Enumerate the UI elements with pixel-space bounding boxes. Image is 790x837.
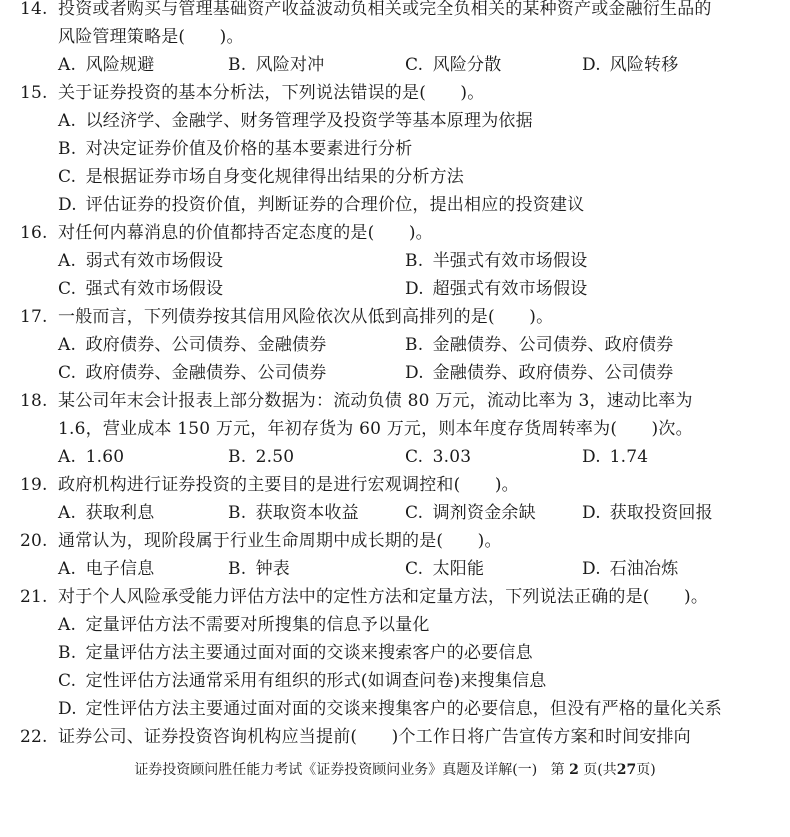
option-label: A. <box>58 499 80 527</box>
option-b-content: B. 对决定证券价值及价格的基本要素进行分析 <box>58 135 412 163</box>
option-text: 半强式有效市场假设 <box>433 251 588 271</box>
option-text: 调剂资金余缺 <box>433 503 536 523</box>
question-text: 政府机构进行证券投资的主要目的是进行宏观调控和( )。 <box>58 471 519 499</box>
option-label: B. <box>58 135 80 163</box>
option-text: 3.03 <box>433 447 472 467</box>
option-text: 石油冶炼 <box>610 559 679 579</box>
option-text: 以经济学、金融学、财务管理学及投资学等基本原理为依据 <box>86 111 533 131</box>
question-text: 对任何内幕消息的价值都持否定态度的是( )。 <box>58 219 433 247</box>
option-text: 获取利息 <box>86 503 155 523</box>
option-c: C. 风险分散 <box>405 51 501 79</box>
option-label: A. <box>58 331 80 359</box>
option-text: 风险对冲 <box>256 55 325 75</box>
option-c: C. 强式有效市场假设 <box>58 275 223 303</box>
option-d-content: D. 评估证券的投资价值，判断证券的合理价位，提出相应的投资建议 <box>58 191 584 219</box>
option-text: 1.74 <box>610 447 649 467</box>
option-label: C. <box>405 443 427 471</box>
option-label: D. <box>58 191 80 219</box>
option-label: B. <box>228 499 250 527</box>
option-label: D. <box>58 695 80 723</box>
option-label: A. <box>58 443 80 471</box>
option-a: A. 电子信息 <box>58 555 154 583</box>
question-number: 21. <box>20 583 48 611</box>
question-text: 通常认为，现阶段属于行业生命周期中成长期的是( )。 <box>58 527 502 555</box>
question-text: 关于证券投资的基本分析法，下列说法错误的是( )。 <box>58 79 484 107</box>
option-text: 定性评估方法主要通过面对面的交谈来搜集客户的必要信息，但没有严格的量化关系 <box>86 699 722 719</box>
page-footer: 证券投资顾问胜任能力考试《证券投资顾问业务》真题及详解(一) 第 2 页(共27… <box>0 760 790 780</box>
option-label: D. <box>405 359 427 387</box>
question-number: 17. <box>20 303 48 331</box>
option-b: B. 钟表 <box>228 555 290 583</box>
question-number: 14. <box>20 0 48 23</box>
option-d-content: D. 定性评估方法主要通过面对面的交谈来搜集客户的必要信息，但没有严格的量化关系 <box>58 695 722 723</box>
option-b: B. 获取资本收益 <box>228 499 359 527</box>
option-text: 强式有效市场假设 <box>86 279 224 299</box>
option-label: D. <box>582 555 604 583</box>
option-c: C. 调剂资金余缺 <box>405 499 536 527</box>
option-a-content: A. 以经济学、金融学、财务管理学及投资学等基本原理为依据 <box>58 107 533 135</box>
option-label: B. <box>228 555 250 583</box>
option-label: C. <box>405 51 427 79</box>
option-label: D. <box>582 499 604 527</box>
option-a: A. 弱式有效市场假设 <box>58 247 223 275</box>
page-prefix: 第 <box>551 762 565 778</box>
option-label: C. <box>58 275 80 303</box>
question-number: 16. <box>20 219 48 247</box>
total-pages: 27 <box>617 762 636 778</box>
option-text: 对决定证券价值及价格的基本要素进行分析 <box>86 139 413 159</box>
option-label: C. <box>405 499 427 527</box>
question-text: 1.6，营业成本 150 万元，年初存货为 60 万元，则本年度存货周转率为( … <box>58 415 693 443</box>
option-label: C. <box>405 555 427 583</box>
option-text: 是根据证券市场自身变化规律得出结果的分析方法 <box>86 167 464 187</box>
option-c: C. 太阳能 <box>405 555 484 583</box>
question-text: 某公司年末会计报表上部分数据为：流动负债 80 万元，流动比率为 3，速动比率为 <box>58 387 693 415</box>
option-a: A. 政府债券、公司债券、金融债券 <box>58 331 326 359</box>
option-d: D. 风险转移 <box>582 51 678 79</box>
option-label: A. <box>58 555 80 583</box>
question-text: 一般而言，下列债券按其信用风险依次从低到高排列的是( )。 <box>58 303 553 331</box>
option-label: B. <box>228 51 250 79</box>
option-label: B. <box>58 639 80 667</box>
option-text: 政府债券、公司债券、金融债券 <box>86 335 327 355</box>
question-number: 18. <box>20 387 48 415</box>
page-suffix: 页) <box>636 762 655 778</box>
option-c-content: C. 定性评估方法通常采用有组织的形式(如调查问卷)来搜集信息 <box>58 667 546 695</box>
option-text: 钟表 <box>256 559 290 579</box>
option-text: 评估证券的投资价值，判断证券的合理价位，提出相应的投资建议 <box>86 195 585 215</box>
option-text: 1.60 <box>86 447 125 467</box>
option-text: 金融债券、政府债券、公司债券 <box>433 363 674 383</box>
option-text: 风险转移 <box>610 55 679 75</box>
option-label: A. <box>58 611 80 639</box>
option-label: B. <box>405 331 427 359</box>
option-label: B. <box>405 247 427 275</box>
option-text: 金融债券、公司债券、政府债券 <box>433 335 674 355</box>
option-a: A. 风险规避 <box>58 51 154 79</box>
option-text: 风险规避 <box>86 55 155 75</box>
option-text: 太阳能 <box>433 559 485 579</box>
question-number: 15. <box>20 79 48 107</box>
option-label: A. <box>58 107 80 135</box>
question-text: 风险管理策略是( )。 <box>58 23 244 51</box>
option-b: B. 金融债券、公司债券、政府债券 <box>405 331 673 359</box>
option-b: B. 2.50 <box>228 443 294 471</box>
option-label: A. <box>58 51 80 79</box>
option-label: D. <box>582 51 604 79</box>
option-label: C. <box>58 359 80 387</box>
option-label: C. <box>58 163 80 191</box>
option-label: B. <box>228 443 250 471</box>
page-mid: 页(共 <box>583 762 616 778</box>
option-c-content: C. 是根据证券市场自身变化规律得出结果的分析方法 <box>58 163 464 191</box>
option-a-content: A. 定量评估方法不需要对所搜集的信息予以量化 <box>58 611 430 639</box>
option-text: 定量评估方法主要通过面对面的交谈来搜索客户的必要信息 <box>86 643 533 663</box>
option-d: D. 1.74 <box>582 443 648 471</box>
option-text: 超强式有效市场假设 <box>433 279 588 299</box>
option-label: D. <box>582 443 604 471</box>
question-number: 19. <box>20 471 48 499</box>
option-label: D. <box>405 275 427 303</box>
option-text: 风险分散 <box>433 55 502 75</box>
option-d: D. 金融债券、政府债券、公司债券 <box>405 359 673 387</box>
option-text: 获取投资回报 <box>610 503 713 523</box>
option-b: B. 风险对冲 <box>228 51 324 79</box>
option-label: A. <box>58 247 80 275</box>
option-d: D. 超强式有效市场假设 <box>405 275 587 303</box>
question-text: 对于个人风险承受能力评估方法中的定性方法和定量方法，下列说法正确的是( )。 <box>58 583 708 611</box>
option-text: 电子信息 <box>86 559 155 579</box>
option-b: B. 半强式有效市场假设 <box>405 247 587 275</box>
option-a: A. 获取利息 <box>58 499 154 527</box>
option-c: C. 政府债券、金融债券、公司债券 <box>58 359 326 387</box>
page-number: 2 <box>569 762 579 778</box>
option-text: 弱式有效市场假设 <box>86 251 224 271</box>
option-text: 定性评估方法通常采用有组织的形式(如调查问卷)来搜集信息 <box>86 671 547 691</box>
option-text: 政府债券、金融债券、公司债券 <box>86 363 327 383</box>
exam-page: 14. 投资或者购买与管理基础资产收益波动负相关或完全负相关的某种资产或金融衍生… <box>0 0 790 837</box>
option-a: A. 1.60 <box>58 443 124 471</box>
question-number: 22. <box>20 723 48 751</box>
question-text: 证券公司、证券投资咨询机构应当提前( )个工作日将广告宣传方案和时间安排向 <box>58 723 691 751</box>
question-number: 20. <box>20 527 48 555</box>
option-d: D. 获取投资回报 <box>582 499 713 527</box>
option-label: C. <box>58 667 80 695</box>
option-c: C. 3.03 <box>405 443 471 471</box>
option-text: 获取资本收益 <box>256 503 359 523</box>
question-text: 投资或者购买与管理基础资产收益波动负相关或完全负相关的某种资产或金融衍生品的 <box>58 0 712 23</box>
footer-title: 证券投资顾问胜任能力考试《证券投资顾问业务》真题及详解(一) <box>134 762 537 778</box>
option-text: 2.50 <box>256 447 295 467</box>
option-text: 定量评估方法不需要对所搜集的信息予以量化 <box>86 615 430 635</box>
option-d: D. 石油冶炼 <box>582 555 678 583</box>
option-b-content: B. 定量评估方法主要通过面对面的交谈来搜索客户的必要信息 <box>58 639 533 667</box>
